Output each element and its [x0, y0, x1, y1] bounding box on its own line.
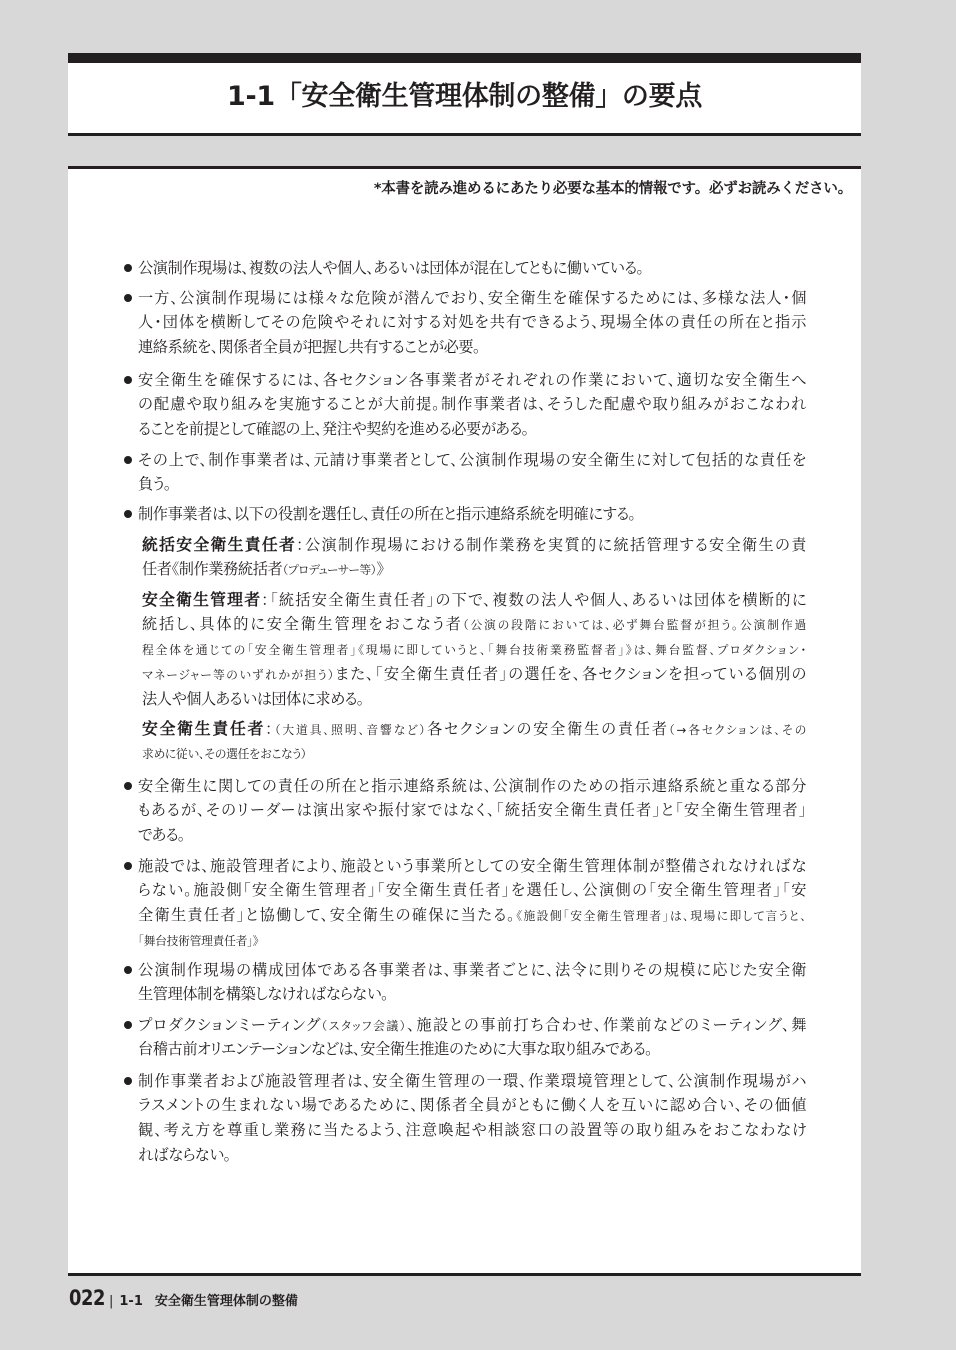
small-note: 《施設側「安全衛生管理者」は、現場に即して言うと、: [516, 909, 806, 923]
text-line: である。: [138, 823, 806, 848]
text-line: ればならない。: [138, 1143, 806, 1168]
text-line: らない。施設側「安全衛生管理者」「安全衛生責任者」を選任し、公演側の「安全衛生管…: [138, 878, 806, 903]
reading-note: *本書を読み進めるにあたり必要な基本的情報です。必ずお読みください。: [374, 179, 852, 199]
text-line: 任者《制作業務統括者（プロデューサー等）》: [142, 557, 806, 582]
page-title: 1-1「安全衛生管理体制の整備」の要点: [68, 80, 861, 114]
bullet-icon: [124, 1077, 132, 1085]
bullet-item: 一方、公演制作現場には様々な危険が潜んでおり、安全衛生を確保するためには、多様な…: [138, 286, 806, 360]
role-label: 安全衛生責任者: [142, 719, 265, 738]
text-segment: 制作事業者および施設管理者は、安全衛生管理の一環、作業環境管理として、公演制作現…: [138, 1072, 806, 1090]
role-definition-general-safety-officer: 統括安全衛生責任者：公演制作現場における制作業務を実質的に統括管理する安全衛生の…: [142, 533, 806, 583]
text-line: 求めに従い、その選任をおこなう）: [142, 741, 806, 766]
bullet-item: 公演制作現場の構成団体である各事業者は、事業者ごとに、法令に則りその規模に応じた…: [138, 958, 806, 1008]
bullet-item: 制作事業者は、以下の役割を選任し、責任の所在と指示連絡系統を明確にする。: [138, 502, 806, 527]
bullet-item: 制作事業者および施設管理者は、安全衛生管理の一環、作業環境管理として、公演制作現…: [138, 1069, 806, 1168]
text-line: 「舞台技術管理責任者」》: [138, 928, 806, 953]
text-line: 程全体を通じての「安全衛生管理者」《現場に即していうと、「舞台技術業務監督者」》…: [142, 637, 806, 662]
text-segment: 人・団体を横断してその危険やそれに対する対処を共有できるよう、現場全体の責任の所…: [138, 313, 806, 331]
text-segment: ることを前提として確認の上、発注や契約を進める必要がある。: [138, 420, 529, 438]
small-note: （大道具、照明、音響など）: [275, 723, 428, 737]
text-segment: 公演制作現場は、複数の法人や個人、あるいは団体が混在してともに働いている。: [138, 259, 644, 277]
text-segment: 台稽古前オリエンテーションなどは、安全衛生推進のために大事な取り組みである。: [138, 1040, 652, 1058]
text-line: 生管理体制を構築しなければならない。: [138, 982, 806, 1007]
text-segment: 各セクションの安全衛生の責任者: [427, 720, 669, 738]
text-line: 安全衛生責任者：（大道具、照明、音響など）各セクションの安全衛生の責任者（→各セ…: [142, 717, 806, 742]
text-segment: 生管理体制を構築しなければならない。: [138, 985, 388, 1003]
small-note: （プロデューサー等）: [282, 563, 376, 577]
text-segment: 》: [377, 560, 384, 578]
bullet-icon: [124, 510, 132, 518]
text-line: 統括し、具体的に安全衛生管理をおこなう者（公演の段階においては、必ず舞台監督が担…: [142, 612, 806, 637]
text-segment: 施設では、施設管理者により、施設という事業所としての安全衛生管理体制が整備されな…: [138, 857, 806, 875]
text-line: もあるが、そのリーダーは演出家や振付家ではなく、「統括安全衛生責任者」と「安全衛…: [138, 798, 806, 823]
text-line: 人・団体を横断してその危険やそれに対する対処を共有できるよう、現場全体の責任の所…: [138, 310, 806, 335]
text-line: 制作事業者および施設管理者は、安全衛生管理の一環、作業環境管理として、公演制作現…: [138, 1069, 806, 1094]
text-segment: ：: [265, 720, 274, 738]
bullet-icon: [124, 862, 132, 870]
text-segment: 全衛生責任者」と協働して、安全衛生の確保に当たる。: [138, 906, 516, 924]
text-segment: また、「安全衛生責任者」の選任を、各セクションを担っている個別の: [335, 665, 806, 683]
footer-separator: |: [109, 1294, 113, 1309]
text-line: その上で、制作事業者は、元請け事業者として、公演制作現場の安全衛生に対して包括的…: [138, 448, 806, 473]
text-line: の配慮や取り組みを実施することが大前提。制作事業者は、そうした配慮や取り組みがお…: [138, 392, 806, 417]
small-note: （公演の段階においては、必ず舞台監督が担う。公演制作過: [463, 618, 806, 632]
small-note: 求めに従い、その選任をおこなう）: [142, 747, 306, 761]
bullet-item: 施設では、施設管理者により、施設という事業所としての安全衛生管理体制が整備されな…: [138, 854, 806, 953]
text-segment: 観、考え方を尊重し業務に当たるよう、注意喚起や相談窓口の設置等の取り組みをおこな…: [138, 1121, 806, 1139]
text-line: ラスメントの生まれない場であるために、関係者全員がともに働く人を互いに認め合い、…: [138, 1093, 806, 1118]
text-line: 統括安全衛生責任者：公演制作現場における制作業務を実質的に統括管理する安全衛生の…: [142, 533, 806, 558]
text-line: 法人や個人あるいは団体に求める。: [142, 687, 806, 712]
text-segment: 統括し、具体的に安全衛生管理をおこなう者: [142, 615, 463, 633]
bullet-item: 公演制作現場は、複数の法人や個人、あるいは団体が混在してともに働いている。: [138, 256, 806, 281]
text-line: 負う。: [138, 472, 806, 497]
text-line: 全衛生責任者」と協働して、安全衛生の確保に当たる。《施設側「安全衛生管理者」は、…: [138, 903, 806, 928]
section-number: 1-1: [119, 1294, 143, 1309]
text-segment: である。: [138, 826, 185, 844]
text-segment: 一方、公演制作現場には様々な危険が潜んでおり、安全衛生を確保するためには、多様な…: [138, 289, 806, 307]
text-line: プロダクションミーティング（スタッフ会議）、施設との事前打ち合わせ、作業前などの…: [138, 1013, 806, 1038]
text-line: 安全衛生管理者：「統括安全衛生責任者」の下で、複数の法人や個人、あるいは団体を横…: [142, 588, 806, 613]
text-line: 連絡系統を、関係者全員が把握し共有することが必要。: [138, 335, 806, 360]
text-segment: その上で、制作事業者は、元請け事業者として、公演制作現場の安全衛生に対して包括的…: [138, 451, 806, 469]
content-panel: *本書を読み進めるにあたり必要な基本的情報です。必ずお読みください。 公演制作現…: [68, 166, 861, 1276]
role-label: 安全衛生管理者: [142, 590, 261, 609]
page-footer: 022 | 1-1 安全衛生管理体制の整備: [69, 1286, 298, 1310]
text-segment: 任者《制作業務統括者: [142, 560, 282, 578]
bullet-item: 安全衛生に関しての責任の所在と指示連絡系統は、公演制作のための指示連絡系統と重な…: [138, 774, 806, 848]
text-segment: 法人や個人あるいは団体に求める。: [142, 690, 364, 708]
bullet-icon: [124, 1021, 132, 1029]
role-definition-safety-officer: 安全衛生責任者：（大道具、照明、音響など）各セクションの安全衛生の責任者（→各セ…: [142, 717, 806, 767]
text-line: 公演制作現場の構成団体である各事業者は、事業者ごとに、法令に則りその規模に応じた…: [138, 958, 806, 983]
bullet-icon: [124, 782, 132, 790]
text-segment: ラスメントの生まれない場であるために、関係者全員がともに働く人を互いに認め合い、…: [138, 1096, 806, 1114]
text-line: 施設では、施設管理者により、施設という事業所としての安全衛生管理体制が整備されな…: [138, 854, 806, 879]
small-note: 「舞台技術管理責任者」》: [138, 934, 258, 948]
text-segment: 、施設との事前打ち合わせ、作業前などのミーティング、舞: [407, 1016, 806, 1034]
text-segment: ：「統括安全衛生責任者」の下で、複数の法人や個人、あるいは団体を横断的に: [261, 591, 806, 609]
small-note: （スタッフ会議）: [321, 1019, 407, 1033]
text-segment: もあるが、そのリーダーは演出家や振付家ではなく、「統括安全衛生責任者」と「安全衛…: [138, 801, 806, 819]
text-line: 台稽古前オリエンテーションなどは、安全衛生推進のために大事な取り組みである。: [138, 1037, 806, 1062]
text-line: マネージャー等のいずれかが担う）また、「安全衛生責任者」の選任を、各セクションを…: [142, 662, 806, 687]
bullet-icon: [124, 264, 132, 272]
text-segment: ：公演制作現場における制作業務を実質的に統括管理する安全衛生の責: [296, 536, 806, 554]
title-banner: 1-1「安全衛生管理体制の整備」の要点: [68, 53, 861, 136]
role-definition-safety-manager: 安全衛生管理者：「統括安全衛生責任者」の下で、複数の法人や個人、あるいは団体を横…: [142, 588, 806, 712]
text-line: 制作事業者は、以下の役割を選任し、責任の所在と指示連絡系統を明確にする。: [138, 502, 806, 527]
bullet-item: プロダクションミーティング（スタッフ会議）、施設との事前打ち合わせ、作業前などの…: [138, 1013, 806, 1063]
small-note: マネージャー等のいずれかが担う）: [142, 668, 335, 682]
role-label: 統括安全衛生責任者: [142, 535, 296, 554]
bullet-icon: [124, 456, 132, 464]
bullet-item: その上で、制作事業者は、元請け事業者として、公演制作現場の安全衛生に対して包括的…: [138, 448, 806, 498]
text-line: 安全衛生を確保するには、各セクション各事業者がそれぞれの作業において、適切な安全…: [138, 368, 806, 393]
text-line: 観、考え方を尊重し業務に当たるよう、注意喚起や相談窓口の設置等の取り組みをおこな…: [138, 1118, 806, 1143]
page-number: 022: [69, 1286, 98, 1310]
small-note: （→各セクションは、その: [669, 723, 806, 737]
text-segment: 負う。: [138, 475, 171, 493]
small-note: 程全体を通じての「安全衛生管理者」《現場に即していうと、「舞台技術業務監督者」》…: [142, 643, 806, 657]
text-segment: ればならない。: [138, 1146, 231, 1164]
text-segment: 公演制作現場の構成団体である各事業者は、事業者ごとに、法令に則りその規模に応じた…: [138, 961, 806, 979]
bullet-icon: [124, 294, 132, 302]
text-line: 公演制作現場は、複数の法人や個人、あるいは団体が混在してともに働いている。: [138, 256, 806, 281]
text-line: ることを前提として確認の上、発注や契約を進める必要がある。: [138, 417, 806, 442]
bullet-item: 安全衛生を確保するには、各セクション各事業者がそれぞれの作業において、適切な安全…: [138, 368, 806, 442]
bullet-icon: [124, 376, 132, 384]
text-segment: 制作事業者は、以下の役割を選任し、責任の所在と指示連絡系統を明確にする。: [138, 505, 636, 523]
text-segment: らない。施設側「安全衛生管理者」「安全衛生責任者」を選任し、公演側の「安全衛生管…: [138, 881, 806, 899]
text-segment: プロダクションミーティング: [138, 1016, 321, 1034]
text-segment: 安全衛生を確保するには、各セクション各事業者がそれぞれの作業において、適切な安全…: [138, 371, 806, 389]
section-title: 安全衛生管理体制の整備: [155, 1290, 298, 1309]
text-segment: 連絡系統を、関係者全員が把握し共有することが必要。: [138, 338, 480, 356]
text-line: 安全衛生に関しての責任の所在と指示連絡系統は、公演制作のための指示連絡系統と重な…: [138, 774, 806, 799]
bullet-icon: [124, 966, 132, 974]
text-line: 一方、公演制作現場には様々な危険が潜んでおり、安全衛生を確保するためには、多様な…: [138, 286, 806, 311]
text-segment: 安全衛生に関しての責任の所在と指示連絡系統は、公演制作のための指示連絡系統と重な…: [138, 777, 806, 795]
text-segment: の配慮や取り組みを実施することが大前提。制作事業者は、そうした配慮や取り組みがお…: [138, 395, 806, 413]
